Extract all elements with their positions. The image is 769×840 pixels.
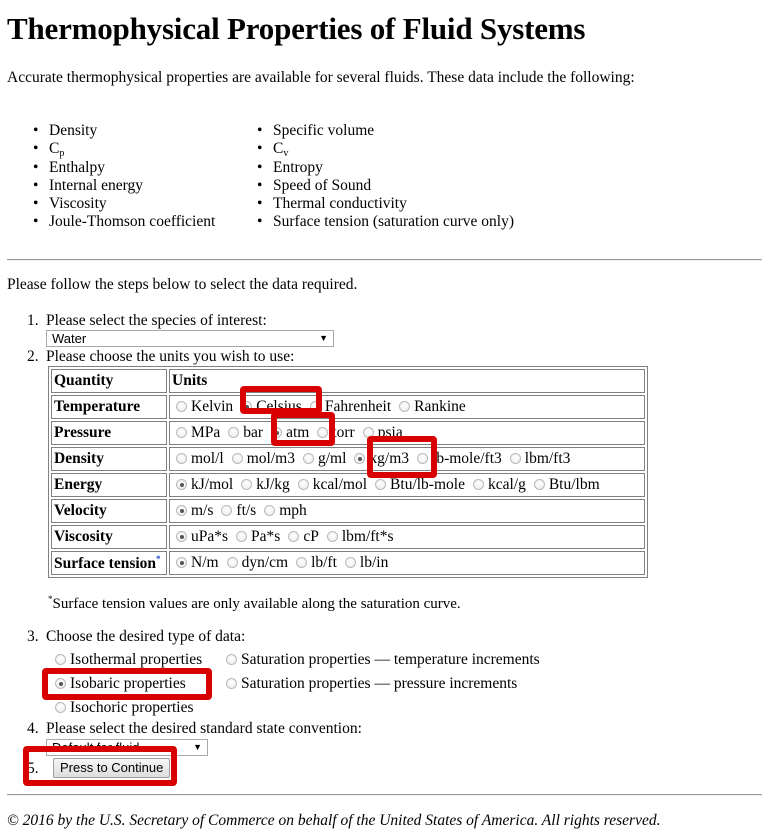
step-number: 3. [27,628,46,646]
species-select-value: Water [52,331,86,346]
radio-button[interactable] [264,505,275,516]
unit-option-label: uPa*s [191,528,228,545]
unit-option-label: mol/l [191,450,224,467]
quantity-text: Surface tension [54,555,156,572]
radio-button[interactable] [296,557,307,568]
quantity-text: Energy [54,476,102,493]
unit-option-label: psia [378,424,403,441]
divider [7,259,762,261]
data-type-label: Isothermal properties [70,651,202,668]
property-label: Density [49,122,97,139]
radio-button[interactable] [236,531,247,542]
property-item: Speed of Sound [257,177,514,195]
radio-button[interactable] [221,505,232,516]
unit-option-label: m/s [191,502,213,519]
page-title: Thermophysical Properties of Fluid Syste… [7,11,585,47]
radio-button[interactable] [241,479,252,490]
unit-option-label: g/ml [318,450,346,467]
data-type-isochoric[interactable]: Isochoric properties [51,699,194,717]
radio-button[interactable] [271,427,282,438]
radio-button[interactable] [303,453,314,464]
unit-option[interactable]: kJ/mol [172,476,233,493]
radio-button[interactable] [232,453,243,464]
radio-saturation-pressure[interactable] [226,678,237,689]
standard-state-select-value: Default for fluid [52,740,139,755]
unit-option[interactable]: dyn/cm [223,554,289,571]
unit-option-label: lb/in [360,554,388,571]
property-item: Enthalpy [33,159,215,177]
unit-option[interactable]: lb/in [341,554,388,571]
step-5: 5. [27,760,46,778]
radio-button[interactable] [310,401,321,412]
radio-isochoric[interactable] [55,702,66,713]
radio-button[interactable] [288,531,299,542]
radio-button[interactable] [241,401,252,412]
radio-button[interactable] [399,401,410,412]
radio-button[interactable] [363,427,374,438]
radio-isothermal[interactable] [55,654,66,665]
property-label: Surface tension (saturation curve only) [273,213,514,230]
quantity-text: Temperature [54,398,140,415]
unit-option[interactable]: lb/ft [292,554,337,571]
unit-options: kJ/molkJ/kgkcal/molBtu/lb-molekcal/gBtu/… [169,473,645,497]
unit-option[interactable]: kcal/g [469,476,526,493]
radio-button[interactable] [534,479,545,490]
header-quantity: Quantity [51,369,167,393]
property-item: Specific volume [257,122,514,140]
unit-option-label: Kelvin [191,398,233,415]
unit-option-label: lb/ft [311,554,337,571]
quantity-label: Temperature [51,395,167,419]
quantity-label: Viscosity [51,525,167,549]
unit-options: m/sft/smph [169,499,645,523]
unit-option[interactable]: mph [260,502,307,519]
radio-button[interactable] [375,479,386,490]
quantity-text: Viscosity [54,528,113,545]
unit-option-label: atm [286,424,309,441]
quantity-label: Energy [51,473,167,497]
radio-button[interactable] [317,427,328,438]
unit-option[interactable]: lbm/ft*s [323,528,394,545]
step-2: 2.Please choose the units you wish to us… [27,348,294,366]
property-item: Cv [257,140,514,158]
unit-option[interactable]: uPa*s [172,528,228,545]
property-item: Thermal conductivity [257,195,514,213]
radio-button[interactable] [176,557,187,568]
units-row-velocity: Velocitym/sft/smph [51,499,645,523]
property-item: Surface tension (saturation curve only) [257,213,514,231]
property-item: Joule-Thomson coefficient [33,213,215,231]
radio-button[interactable] [473,479,484,490]
step-1-label: Please select the species of interest: [46,312,267,329]
radio-button[interactable] [227,557,238,568]
unit-option-label: mph [279,502,307,519]
property-item: Viscosity [33,195,215,213]
radio-button[interactable] [176,453,187,464]
step-3-label: Choose the desired type of data: [46,628,245,645]
intro-text: Accurate thermophysical properties are a… [7,69,635,87]
copyright-footer: © 2016 by the U.S. Secretary of Commerce… [7,812,660,830]
unit-option[interactable]: N/m [172,554,219,571]
footnote-link[interactable]: * [156,554,161,564]
chevron-down-icon: ▼ [193,740,202,755]
data-type-saturation-pressure[interactable]: Saturation properties — pressure increme… [222,675,517,693]
property-label: Specific volume [273,122,374,139]
standard-state-select[interactable]: Default for fluid ▼ [46,739,208,756]
step-4-label: Please select the desired standard state… [46,720,362,737]
unit-option[interactable]: atm [267,424,309,441]
press-to-continue-button[interactable]: Press to Continue [53,758,170,778]
unit-option-label: lb-mole/ft3 [432,450,502,467]
property-label: Internal energy [49,177,143,194]
unit-option[interactable]: kJ/kg [237,476,290,493]
unit-option[interactable]: Rankine [395,398,466,415]
units-row-pressure: PressureMPabaratmtorrpsia [51,421,645,445]
radio-button[interactable] [228,427,239,438]
unit-option-label: N/m [191,554,219,571]
property-label: Entropy [273,159,323,176]
property-item: Internal energy [33,177,215,195]
property-label: C [49,140,59,157]
unit-options: mol/lmol/m3g/mlkg/m3lb-mole/ft3lbm/ft3 [169,447,645,471]
unit-option-label: lbm/ft3 [525,450,571,467]
unit-option-label: kcal/mol [313,476,367,493]
step-number: 5. [27,760,46,778]
quantity-text: Pressure [54,424,111,441]
property-label: Thermal conductivity [273,195,407,212]
data-type-label: Saturation properties — pressure increme… [241,675,517,692]
data-type-label: Isobaric properties [70,675,186,692]
properties-column-1: DensityCpEnthalpyInternal energyViscosit… [33,122,215,232]
quantity-text: Velocity [54,502,107,519]
unit-option-label: Pa*s [251,528,280,545]
units-row-energy: EnergykJ/molkJ/kgkcal/molBtu/lb-molekcal… [51,473,645,497]
header-units: Units [169,369,645,393]
unit-option-label: MPa [191,424,220,441]
data-type-label: Isochoric properties [70,699,194,716]
radio-button[interactable] [510,453,521,464]
property-item: Density [33,122,215,140]
units-row-density: Densitymol/lmol/m3g/mlkg/m3lb-mole/ft3lb… [51,447,645,471]
footnote-text: Surface tension values are only availabl… [53,596,461,612]
data-type-saturation-temperature[interactable]: Saturation properties — temperature incr… [222,651,540,669]
property-item: Entropy [257,159,514,177]
radio-button[interactable] [176,505,187,516]
data-type-isobaric[interactable]: Isobaric properties [51,675,186,693]
unit-option[interactable]: kcal/mol [294,476,367,493]
unit-option[interactable]: cP [284,528,319,545]
radio-button[interactable] [176,531,187,542]
unit-option[interactable]: lb-mole/ft3 [413,450,502,467]
properties-column-2: Specific volumeCvEntropySpeed of SoundTh… [257,122,514,232]
unit-option-label: kg/m3 [369,450,409,467]
unit-option[interactable]: Fahrenheit [306,398,391,415]
quantity-label: Pressure [51,421,167,445]
property-label: Speed of Sound [273,177,371,194]
unit-option[interactable]: kg/m3 [350,450,409,467]
unit-option[interactable]: lbm/ft3 [506,450,571,467]
radio-button[interactable] [298,479,309,490]
quantity-label: Velocity [51,499,167,523]
units-table: Quantity Units TemperatureKelvinCelsiusF… [48,366,648,578]
radio-button[interactable] [417,453,428,464]
step-4: 4.Please select the desired standard sta… [27,720,362,738]
unit-option[interactable]: psia [359,424,403,441]
unit-option-label: cP [303,528,319,545]
radio-saturation-temperature[interactable] [226,654,237,665]
unit-option[interactable]: mol/m3 [228,450,295,467]
property-item: Cp [33,140,215,158]
quantity-label: Surface tension* [51,551,167,575]
data-type-isothermal[interactable]: Isothermal properties [51,651,202,669]
step-number: 4. [27,720,46,738]
step-number: 2. [27,348,46,366]
unit-option[interactable]: mol/l [172,450,224,467]
radio-button[interactable] [176,401,187,412]
step-1: 1.Please select the species of interest: [27,312,267,330]
quantity-text: Density [54,450,104,467]
unit-option[interactable]: Celsius [237,398,302,415]
step-3: 3.Choose the desired type of data: [27,628,245,646]
instructions-text: Please follow the steps below to select … [7,276,357,294]
unit-option[interactable]: Btu/lb-mole [371,476,465,493]
unit-option[interactable]: Pa*s [232,528,280,545]
unit-option-label: Rankine [414,398,466,415]
unit-option[interactable]: g/ml [299,450,346,467]
unit-option-label: bar [243,424,263,441]
quantity-label: Density [51,447,167,471]
step-number: 1. [27,312,46,330]
unit-option-label: torr [332,424,354,441]
unit-option[interactable]: torr [313,424,354,441]
property-label: C [273,140,283,157]
surface-tension-footnote: *Surface tension values are only availab… [48,594,461,613]
unit-option[interactable]: ft/s [217,502,256,519]
units-row-viscosity: ViscosityuPa*sPa*scPlbm/ft*s [51,525,645,549]
unit-options: N/mdyn/cmlb/ftlb/in [169,551,645,575]
unit-options: uPa*sPa*scPlbm/ft*s [169,525,645,549]
property-label: Joule-Thomson coefficient [49,213,215,230]
radio-button[interactable] [176,479,187,490]
chevron-down-icon: ▼ [319,331,328,346]
unit-option[interactable]: Btu/lbm [530,476,600,493]
unit-option-label: kcal/g [488,476,526,493]
data-type-label: Saturation properties — temperature incr… [241,651,540,668]
unit-option[interactable]: MPa [172,424,220,441]
unit-option[interactable]: m/s [172,502,213,519]
unit-option-label: Btu/lb-mole [390,476,465,493]
unit-option-label: Fahrenheit [325,398,391,415]
unit-option-label: ft/s [236,502,256,519]
unit-option-label: kJ/mol [191,476,233,493]
divider [7,794,762,796]
unit-options: MPabaratmtorrpsia [169,421,645,445]
unit-options: KelvinCelsiusFahrenheitRankine [169,395,645,419]
unit-option[interactable]: Kelvin [172,398,233,415]
property-label: Enthalpy [49,159,105,176]
units-row-temperature: TemperatureKelvinCelsiusFahrenheitRankin… [51,395,645,419]
radio-button[interactable] [354,453,365,464]
property-label: Viscosity [49,195,107,212]
unit-option-label: Celsius [256,398,302,415]
unit-option-label: dyn/cm [242,554,289,571]
unit-option-label: lbm/ft*s [342,528,394,545]
unit-option-label: mol/m3 [247,450,295,467]
unit-option-label: Btu/lbm [549,476,600,493]
step-2-label: Please choose the units you wish to use: [46,348,294,365]
unit-option[interactable]: bar [224,424,263,441]
radio-button[interactable] [345,557,356,568]
radio-button[interactable] [327,531,338,542]
radio-button[interactable] [176,427,187,438]
unit-option-label: kJ/kg [256,476,290,493]
radio-isobaric[interactable] [55,678,66,689]
units-row-surface-tension: Surface tension*N/mdyn/cmlb/ftlb/in [51,551,645,575]
